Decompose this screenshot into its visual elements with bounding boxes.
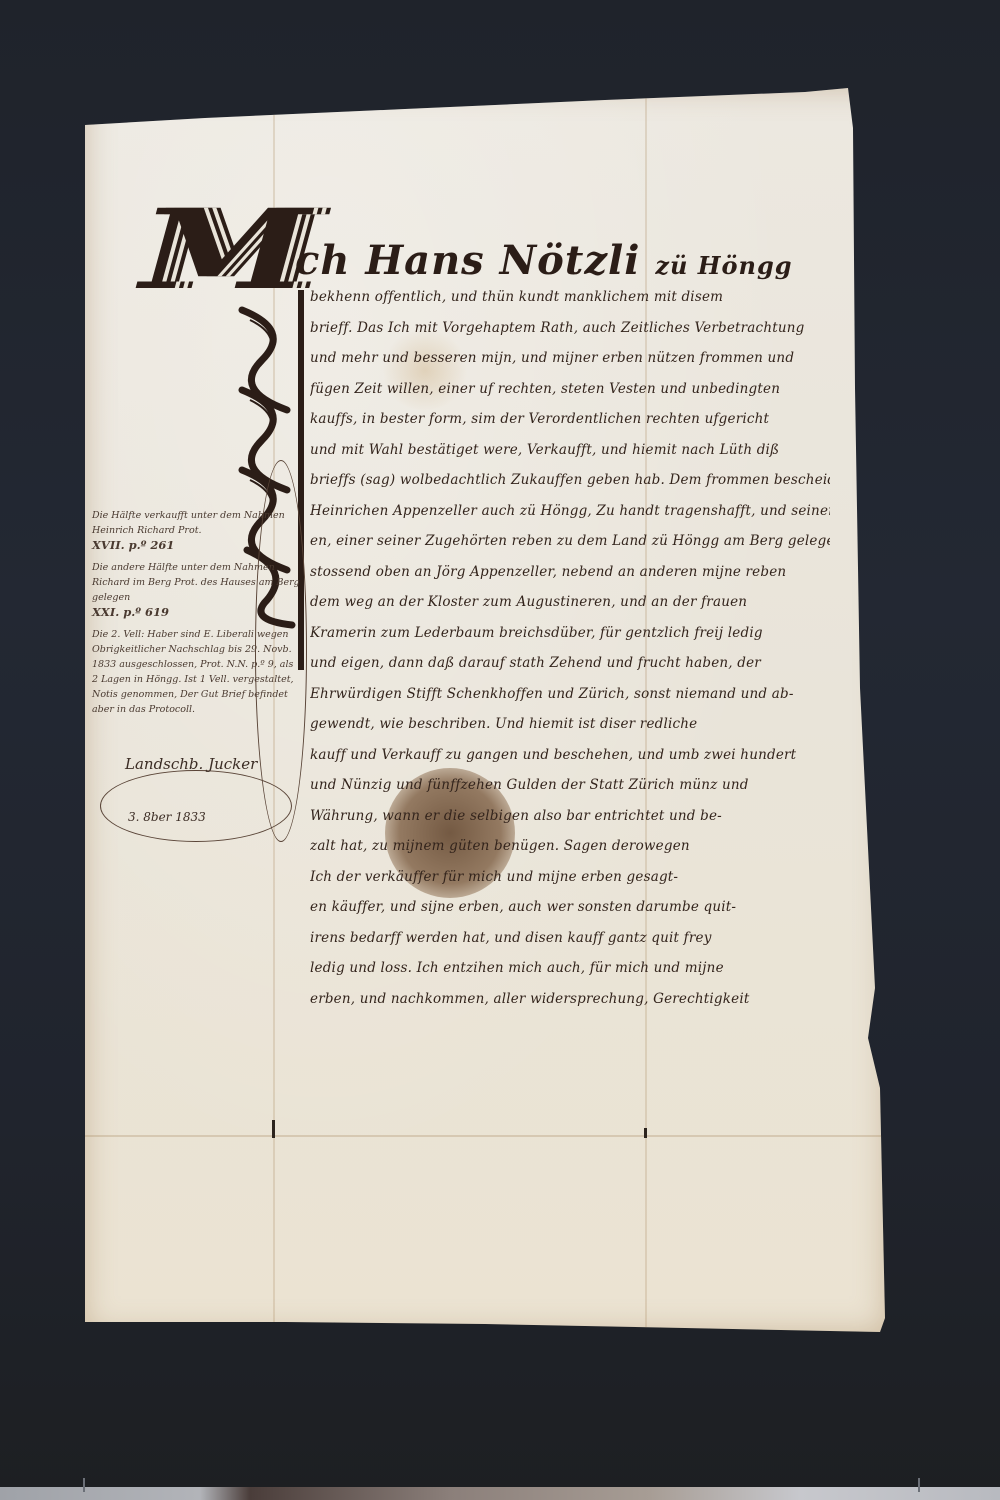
signature-date: 3. 8ber 1833 xyxy=(128,810,206,824)
body-line: Ich der verkäuffer für mich und mijne er… xyxy=(310,862,830,893)
body-line: stossend oben an Jörg Appenzeller, neben… xyxy=(310,557,830,588)
body-line: bekhenn offentlich, und thün kundt mankl… xyxy=(310,282,830,313)
document-title: ch Hans Nötzli zü Höngg xyxy=(295,237,793,284)
board-bottom-edge xyxy=(0,1487,1000,1500)
fold-hole-right xyxy=(644,1128,647,1138)
body-line: erben, und nachkommen, aller widersprech… xyxy=(310,984,830,1015)
body-line: und eigen, dann daß darauf stath Zehend … xyxy=(310,648,830,679)
body-line: und Nünzig und fünffzehen Gulden der Sta… xyxy=(310,770,830,801)
body-line: gewendt, wie beschriben. Und hiemit ist … xyxy=(310,709,830,740)
body-line: Ehrwürdigen Stifft Schenkhoffen und Züri… xyxy=(310,679,830,710)
title-opening: ch xyxy=(295,237,350,284)
body-line: und mit Wahl bestätiget were, Verkaufft,… xyxy=(310,435,830,466)
body-line: ledig und loss. Ich entzihen mich auch, … xyxy=(310,953,830,984)
body-line: dem weg an der Kloster zum Augustineren,… xyxy=(310,587,830,618)
body-line: und mehr und besseren mijn, und mijner e… xyxy=(310,343,830,374)
margin-note-reference: XVII. p.º 261 xyxy=(92,538,174,552)
body-line: Kramerin zum Lederbaum breichsdüber, für… xyxy=(310,618,830,649)
margin-note-text: Die Hälfte verkaufft unter dem Nahmen He… xyxy=(92,510,285,536)
title-place: zü Höngg xyxy=(655,251,792,280)
title-name: Hans Nötzli xyxy=(365,237,640,284)
mounting-pin-left xyxy=(83,1478,85,1492)
decorative-initial-flourish: M xyxy=(140,195,310,305)
body-line: en, einer seiner Zugehörten reben zu dem… xyxy=(310,526,830,557)
body-line: irens bedarff werden hat, und disen kauf… xyxy=(310,923,830,954)
body-line: Heinrichen Appenzeller auch zü Höngg, Zu… xyxy=(310,496,830,527)
mounting-pin-right xyxy=(918,1478,920,1492)
document-body: bekhenn offentlich, und thün kundt mankl… xyxy=(310,282,830,1014)
body-line: zalt hat, zu mijnem güten benügen. Sagen… xyxy=(310,831,830,862)
body-line: kauffs, in bester form, sim der Verorden… xyxy=(310,404,830,435)
signature-flourish-loop xyxy=(100,770,292,842)
body-line: brieffs (sag) wolbedachtlich Zukauffen g… xyxy=(310,465,830,496)
body-line: kauff und Verkauff zu gangen und bescheh… xyxy=(310,740,830,771)
fold-line-horizontal xyxy=(85,1135,885,1137)
body-line: brieff. Das Ich mit Vorgehaptem Rath, au… xyxy=(310,313,830,344)
fold-hole-left xyxy=(272,1120,275,1138)
body-line: fügen Zeit willen, einer uf rechten, ste… xyxy=(310,374,830,405)
margin-note-reference: XXI. p.º 619 xyxy=(92,605,169,619)
registrar-signature: Landschb. Jucker xyxy=(125,755,257,773)
body-line: en käuffer, und sijne erben, auch wer so… xyxy=(310,892,830,923)
body-line: Währung, wann er die selbigen also bar e… xyxy=(310,801,830,832)
